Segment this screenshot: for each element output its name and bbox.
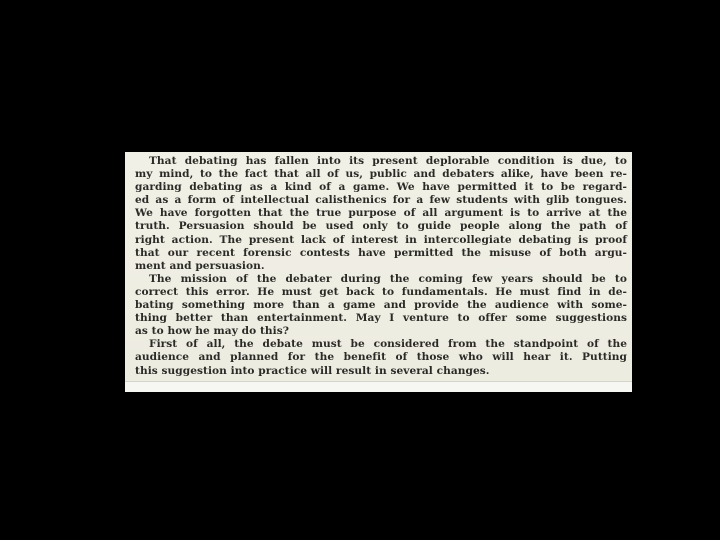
text-line: garding debating as a kind of a game. We… (135, 181, 627, 194)
text-line: First of all, the debate must be conside… (135, 338, 627, 351)
text-line: thing better than entertainment. May I v… (135, 312, 627, 325)
paragraph-1: That debating has fallen into its presen… (135, 155, 627, 273)
text-line: truth. Persuasion should be used only to… (135, 220, 627, 233)
text-line: ment and persuasion. (135, 260, 627, 273)
text-line: That debating has fallen into its presen… (135, 155, 627, 168)
text-line: correct this error. He must get back to … (135, 286, 627, 299)
newspaper-clipping: That debating has fallen into its presen… (125, 152, 632, 392)
text-line: The mission of the debater during the co… (135, 273, 627, 286)
text-line: audience and planned for the benefit of … (135, 351, 627, 364)
text-line: We have forgotten that the true purpose … (135, 207, 627, 220)
paragraph-2: The mission of the debater during the co… (135, 273, 627, 338)
text-line: this suggestion into practice will resul… (135, 365, 627, 378)
text-line: as to how he may do this? (135, 325, 627, 338)
paragraph-3: First of all, the debate must be conside… (135, 338, 627, 377)
text-line: bating something more than a game and pr… (135, 299, 627, 312)
text-line: ed as a form of intellectual calisthenic… (135, 194, 627, 207)
text-line: that our recent forensic contests have p… (135, 247, 627, 260)
text-line: right action. The present lack of intere… (135, 234, 627, 247)
text-line: my mind, to the fact that all of us, pub… (135, 168, 627, 181)
